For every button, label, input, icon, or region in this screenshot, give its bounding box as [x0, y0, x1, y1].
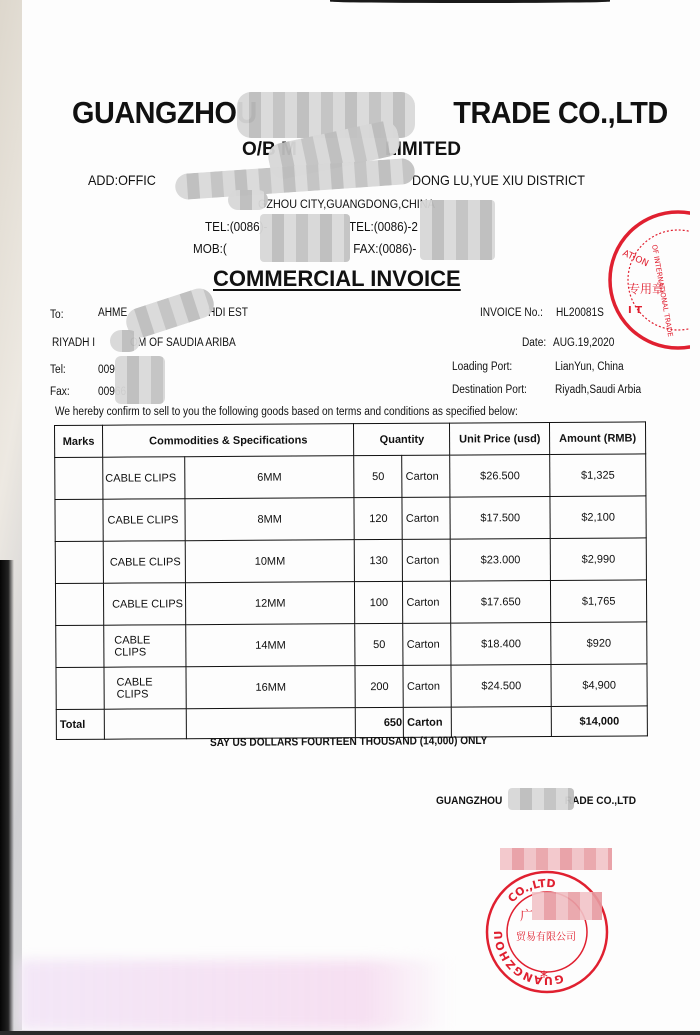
- quantity-unit: Carton: [403, 665, 451, 707]
- amount: $1,765: [551, 580, 647, 623]
- invoice-date-label: Date:: [522, 337, 546, 349]
- marks-cell: [55, 457, 103, 499]
- header-unit-price: Unit Price (usd): [450, 422, 550, 455]
- table-row: CABLE CLIPS16MM200Carton$24.500$4,900: [56, 664, 647, 710]
- quantity-unit: Carton: [403, 539, 451, 581]
- buyer-name-right: HDI EST: [208, 307, 248, 319]
- header-quantity: Quantity: [354, 423, 450, 456]
- company-name-right: TRADE CO.,LTD: [453, 95, 667, 131]
- buyer-address-left: RIYADH I: [52, 337, 95, 349]
- company-mob-fax: MOB:( FAX:(0086)-: [193, 241, 227, 256]
- table-row: CABLE CLIPS6MM50Carton$26.500$1,325: [55, 454, 646, 500]
- loading-port-label: Loading Port:: [452, 361, 512, 373]
- intro-text: We hereby confirm to sell to you the fol…: [55, 406, 518, 418]
- tel-left: TEL:(0086)-: [205, 219, 267, 234]
- commodity-spec: 12MM: [185, 582, 355, 625]
- table-row: CABLE CLIPS8MM120Carton$17.500$2,100: [55, 496, 646, 542]
- company-seal-stamp: GUANGZHOU CO.,LTD 广 贸易有限公司 *: [482, 870, 612, 1000]
- commodity-name: CABLE CLIPS: [103, 457, 185, 499]
- header-commodities: Commodities & Specifications: [102, 424, 354, 458]
- buyer-name-left: AHME: [98, 307, 127, 319]
- quantity-value: 50: [354, 455, 402, 497]
- photo-bottom-edge: [0, 1031, 700, 1035]
- redaction-buyer-phone: [115, 356, 165, 404]
- table-row: CABLE CLIPS10MM130Carton$23.000$2,990: [55, 538, 646, 584]
- address-left: ADD:OFFIC: [88, 172, 156, 188]
- address-right: DONG LU,YUE XIU DISTRICT: [412, 172, 585, 188]
- seal-ring-left: GUANGZHOU: [488, 912, 566, 1000]
- tel-right: TEL:(0086)-2: [349, 219, 418, 234]
- commodity-spec: 10MM: [185, 540, 355, 583]
- amount: $920: [551, 622, 647, 665]
- total-empty-spec: [186, 708, 356, 739]
- commodity-name: CABLE CLIPS: [103, 541, 185, 583]
- svg-text:GUANGZHOU: GUANGZHOU: [488, 912, 566, 1000]
- commodity-name: CABLE CLIPS: [103, 499, 185, 541]
- svg-text:I T: I T: [628, 305, 642, 316]
- stamp-ation-text: ATION: [621, 249, 650, 270]
- marks-cell: [55, 499, 103, 541]
- document-title: COMMERCIAL INVOICE: [213, 266, 461, 292]
- total-empty-name: [104, 709, 186, 739]
- quantity-value: 120: [354, 497, 402, 539]
- seal-chinese-text: 贸易有限公司: [516, 930, 576, 943]
- company-tel: TEL:(0086)- TEL:(0086)-2: [205, 219, 267, 234]
- footer-company-right: RADE CO.,LTD: [565, 795, 636, 807]
- total-empty-price: [452, 706, 552, 737]
- seal-star: *: [540, 967, 548, 986]
- total-quantity: 650: [356, 707, 404, 737]
- quantity-unit: Carton: [403, 623, 451, 665]
- table-header-row: Marks Commodities & Specifications Quant…: [55, 422, 646, 458]
- invoice-number-value: HL20081S: [556, 307, 604, 319]
- commodity-name: CABLE CLIPS: [103, 583, 185, 625]
- commodity-spec: 6MM: [185, 456, 355, 499]
- unit-price: $17.500: [450, 496, 550, 539]
- marks-cell: [56, 667, 104, 709]
- destination-port-label: Destination Port:: [452, 384, 527, 396]
- to-label: To:: [50, 309, 64, 321]
- company-city: GZHOU CITY,GUANGDONG,CHINA: [258, 197, 435, 211]
- redaction-tel: [260, 214, 350, 262]
- marks-cell: [56, 625, 104, 667]
- company-address: ADD:OFFIC DONG LU,YUE XIU DISTRICT: [88, 172, 156, 188]
- commodity-spec: 8MM: [185, 498, 355, 541]
- loading-port-value: LianYun, China: [555, 361, 624, 373]
- redaction-seal-center: [532, 892, 602, 920]
- marks-cell: [55, 541, 103, 583]
- table-row: CABLE CLIPS12MM100Carton$17.650$1,765: [55, 580, 646, 626]
- certification-stamp: ATION 专用章 I T OF INTERNATIONAL TRADE: [600, 205, 690, 355]
- quantity-unit: Carton: [402, 497, 450, 539]
- redaction-city: [228, 190, 268, 210]
- unit-price: $17.650: [451, 580, 551, 623]
- buyer-fax-label: Fax:: [50, 386, 70, 398]
- quantity-value: 100: [355, 581, 403, 623]
- header-amount: Amount (RMB): [550, 422, 646, 455]
- redaction-footer-company: [508, 788, 574, 810]
- amount: $2,990: [550, 538, 646, 581]
- commodity-name: CABLE CLIPS: [104, 625, 186, 667]
- amount: $1,325: [550, 454, 646, 497]
- company-name: GUANGZHOU TRADE CO.,LTD: [72, 95, 257, 131]
- photo-dark-edge: [0, 560, 14, 1035]
- total-label: Total: [56, 709, 104, 739]
- footer-company-name: GUANGZHOU RADE CO.,LTD: [436, 795, 502, 807]
- destination-port-value: Riyadh,Saudi Arbia: [555, 384, 641, 396]
- commodity-spec: 16MM: [186, 666, 356, 709]
- unit-price: $18.400: [451, 622, 551, 665]
- unit-price: $24.500: [451, 664, 551, 707]
- buyer-tel-value: 009: [98, 364, 115, 376]
- header-marks: Marks: [55, 425, 103, 457]
- unit-price: $23.000: [451, 538, 551, 581]
- amount: $4,900: [551, 664, 647, 707]
- mob-left: MOB:(: [193, 241, 227, 256]
- quantity-value: 130: [355, 539, 403, 581]
- commodity-spec: 14MM: [186, 624, 356, 667]
- amount-in-words: SAY US DOLLARS FOURTEEN THOUSAND (14,000…: [210, 735, 487, 749]
- table-total-row: Total 650 Carton $14,000: [56, 706, 647, 740]
- commodity-name: CABLE CLIPS: [104, 667, 186, 709]
- photo-top-edge: [330, 0, 610, 3]
- redaction-fax: [420, 200, 495, 260]
- total-amount: $14,000: [551, 706, 647, 737]
- photo-bottom-tint: [20, 960, 450, 1030]
- invoice-number-label: INVOICE No.:: [480, 307, 543, 319]
- unit-price: $26.500: [450, 454, 550, 497]
- total-unit: Carton: [404, 707, 452, 737]
- table-row: CABLE CLIPS14MM50Carton$18.400$920: [56, 622, 647, 668]
- amount: $2,100: [550, 496, 646, 539]
- marks-cell: [55, 583, 103, 625]
- fax-right: FAX:(0086)-: [353, 241, 416, 256]
- redaction-buyer-address: [110, 330, 140, 352]
- buyer-address-right: OM OF SAUDIA ARIBA: [130, 337, 236, 349]
- quantity-unit: Carton: [403, 581, 451, 623]
- company-name-left: GUANGZHOU: [72, 95, 257, 130]
- quantity-value: 50: [355, 623, 403, 665]
- redaction-seal-top: [500, 848, 612, 870]
- quantity-unit: Carton: [402, 455, 450, 497]
- quantity-value: 200: [355, 665, 403, 707]
- buyer-tel-label: Tel:: [50, 364, 66, 376]
- footer-company-left: GUANGZHOU: [436, 795, 502, 807]
- invoice-table: Marks Commodities & Specifications Quant…: [54, 421, 648, 740]
